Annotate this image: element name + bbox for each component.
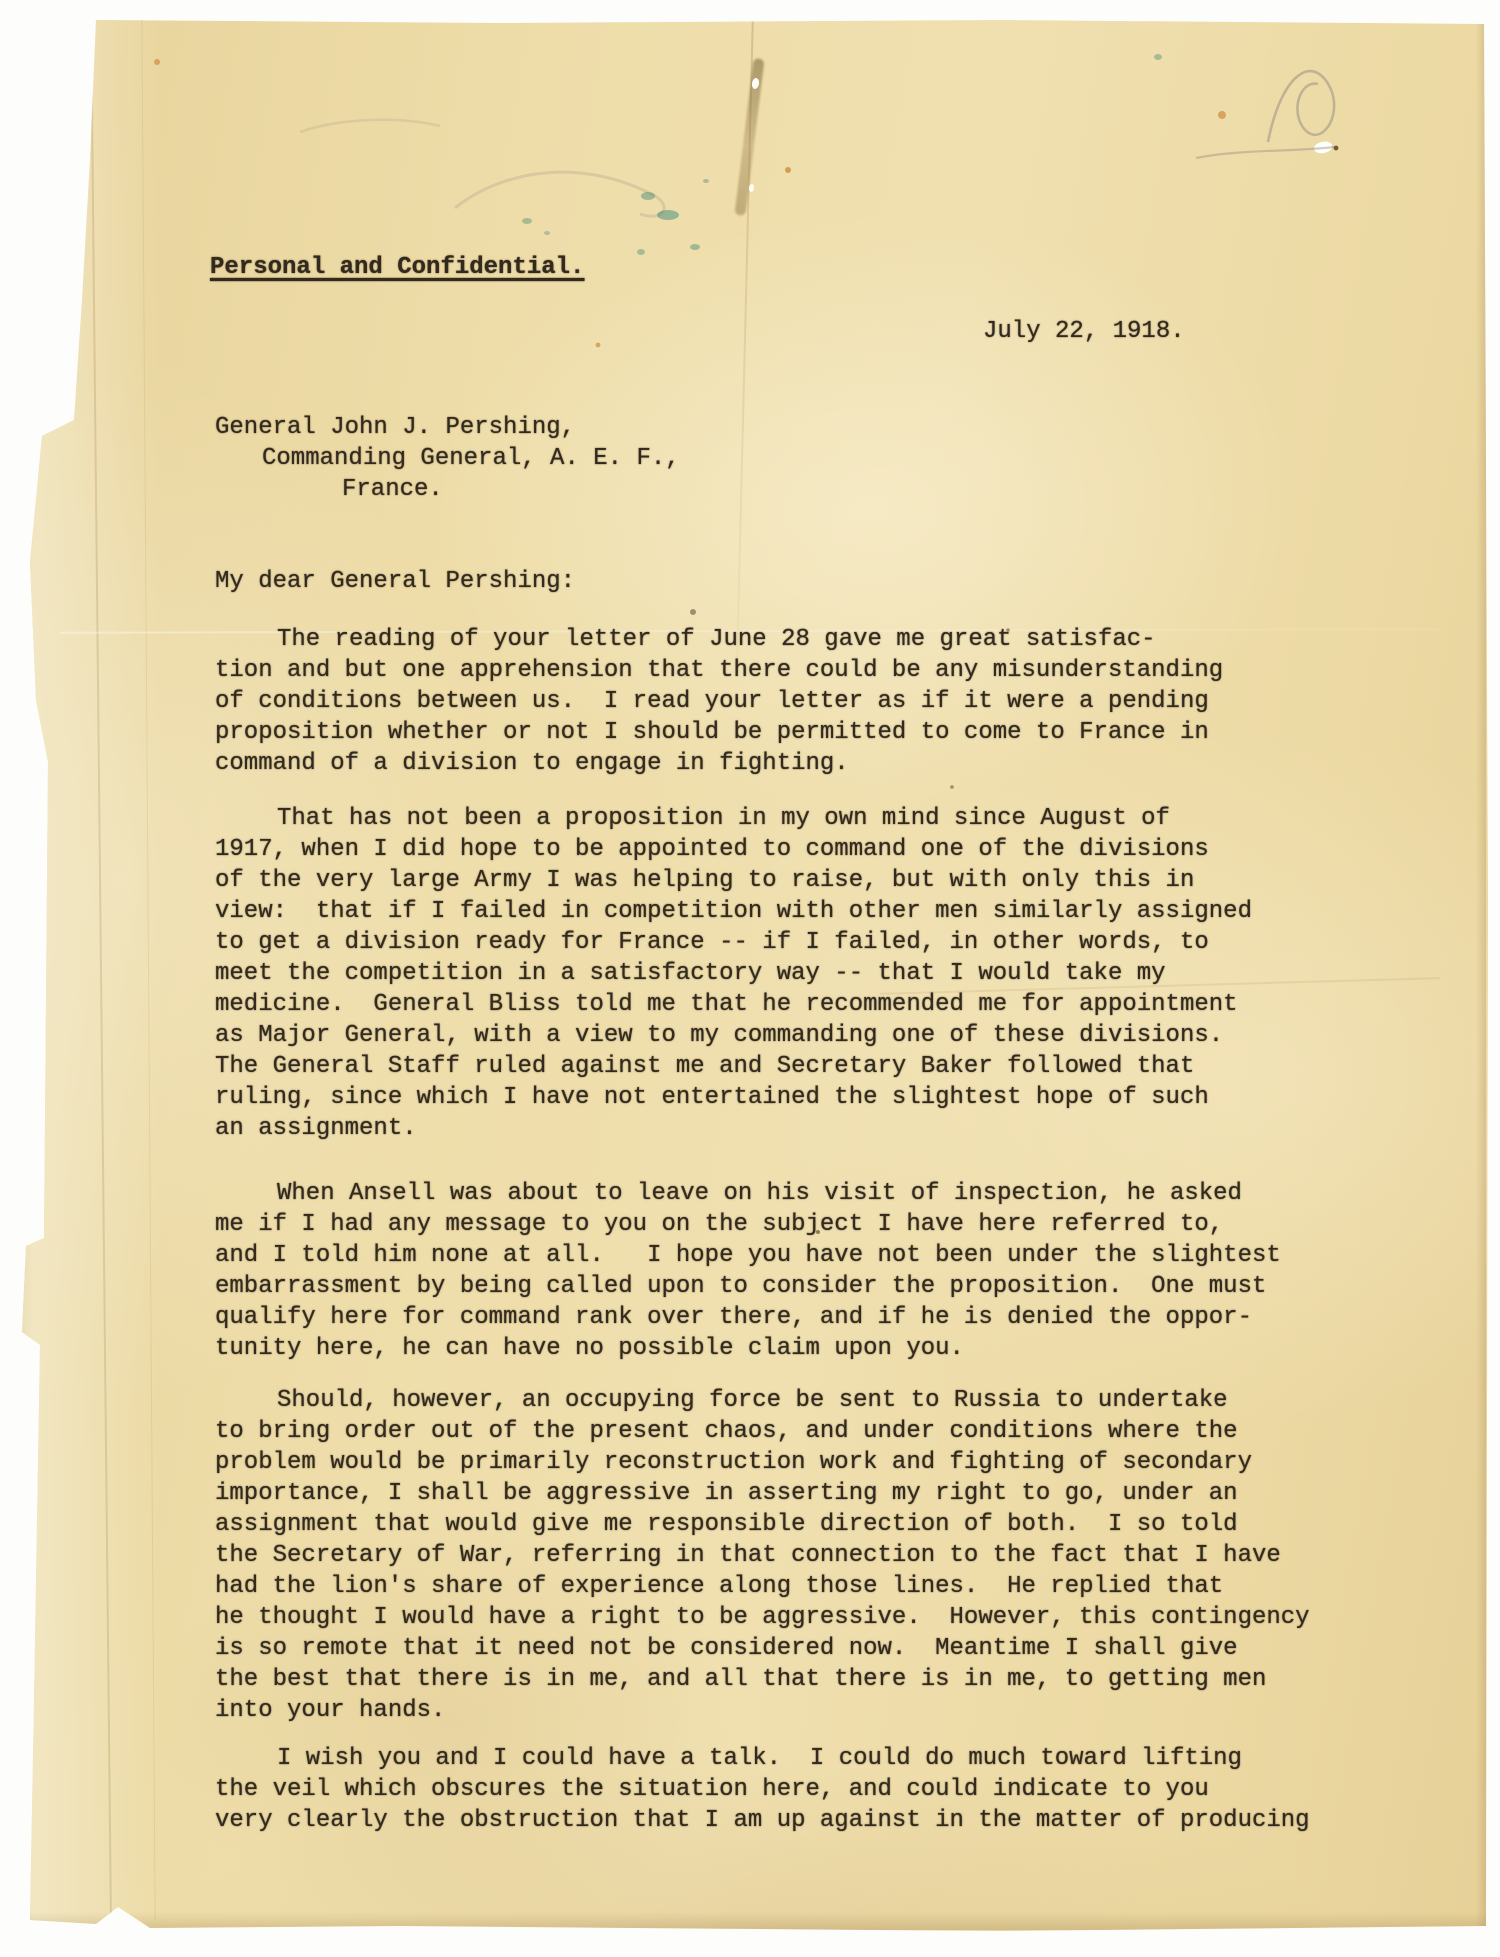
left-torn-edge-shadow [0, 0, 34, 1957]
pencil-ghost-mark [455, 172, 664, 216]
pencil-line-top-right [1196, 147, 1334, 158]
pencil-squiggle-top-right [1268, 71, 1334, 142]
letter-paper: Personal and Confidential. July 22, 1918… [0, 0, 1500, 1957]
recipient-name: General John J. Pershing, [215, 412, 575, 443]
salutation-line: My dear General Pershing: [215, 566, 575, 597]
paragraph-5: I wish you and I could have a talk. I co… [215, 1743, 1310, 1836]
paragraph-2: That has not been a proposition in my ow… [215, 803, 1252, 1144]
recipient-location: France. [342, 474, 443, 505]
scanned-letter-page: Personal and Confidential. July 22, 1918… [0, 0, 1500, 1957]
paragraph-1: The reading of your letter of June 28 ga… [215, 624, 1223, 779]
recipient-title: Commanding General, A. E. F., [262, 443, 680, 474]
teal-ink-smudge-cluster [522, 54, 1162, 255]
date-line: July 22, 1918. [983, 316, 1185, 347]
paragraph-4: Should, however, an occupying force be s… [215, 1385, 1310, 1726]
classification-header: Personal and Confidential. [210, 252, 584, 283]
pencil-ghost-arc [300, 120, 440, 132]
paragraph-3: When Ansell was about to leave on his vi… [215, 1178, 1281, 1364]
rust-specks [154, 59, 1226, 347]
